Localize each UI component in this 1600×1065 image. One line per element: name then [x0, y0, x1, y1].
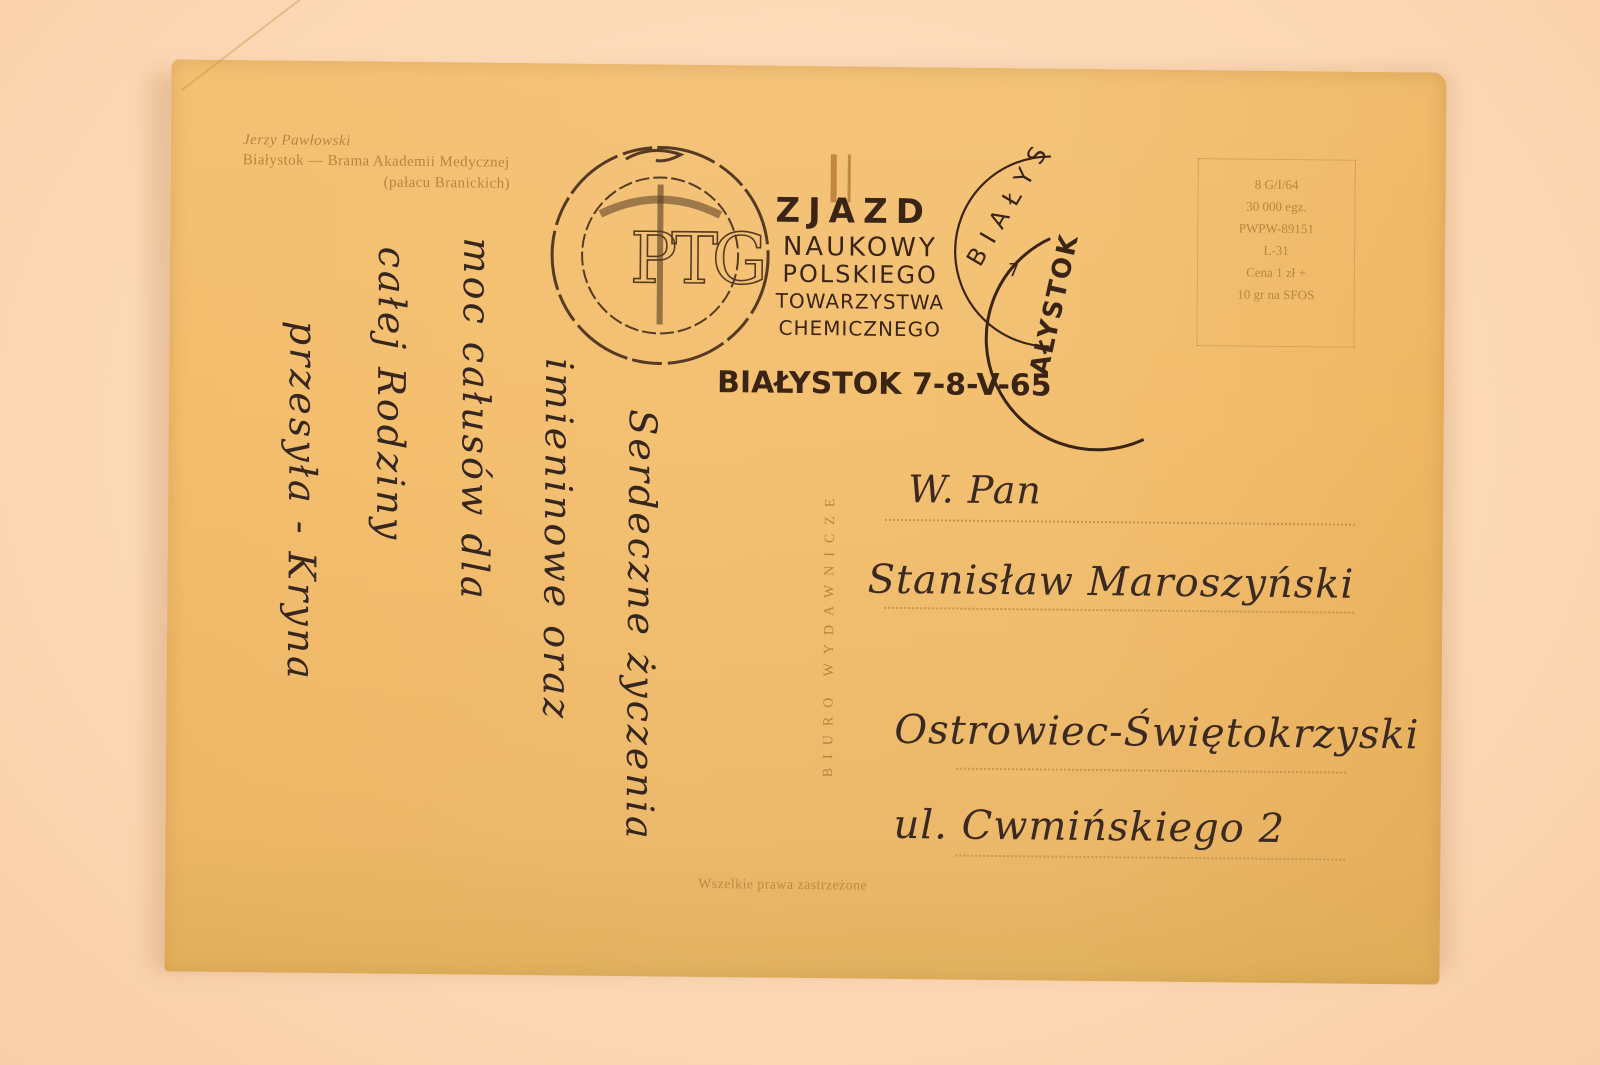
svg-text:BIAŁYS: BIAŁYS — [961, 133, 1058, 271]
postmark-graphics: PTG BIAŁYS 7 AŁYSTOK — [164, 59, 1446, 984]
rights-notice: Wszelkie prawa zastrzeżone — [698, 877, 867, 895]
address-line-4 — [955, 855, 1345, 861]
society-emblem-icon: PTG — [551, 146, 769, 364]
postcard: Jerzy Pawłowski Białystok — Brama Akadem… — [164, 59, 1446, 984]
svg-text:AŁYSTOK: AŁYSTOK — [1025, 231, 1085, 378]
svg-text:PTG: PTG — [630, 217, 763, 300]
